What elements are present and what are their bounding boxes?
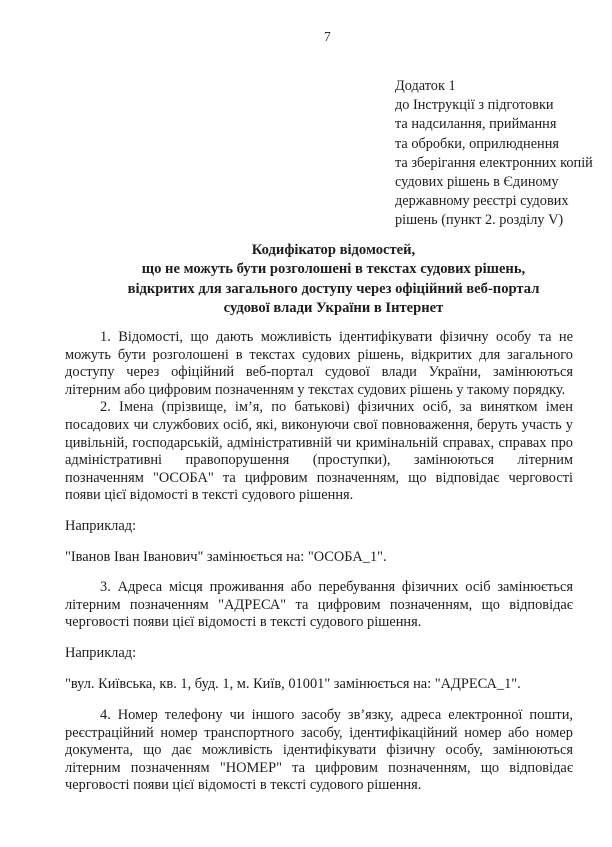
appendix-line: державному реєстрі судових	[395, 192, 605, 211]
document-page: 7 Додаток 1 до Інструкції з підготовки т…	[0, 0, 612, 847]
example-label: Наприклад:	[65, 645, 573, 663]
document-title-line: судової влади України в Інтернет	[88, 299, 579, 318]
paragraph-1-identifying-info: 1. Відомості, що дають можливість іденти…	[65, 329, 573, 399]
document-title-line: Кодифікатор відомостей,	[88, 241, 579, 260]
paragraph-3-address-adresa: 3. Адреса місця проживання або перебуван…	[65, 579, 573, 632]
document-body: 1. Відомості, що дають можливість іденти…	[65, 329, 573, 795]
appendix-reference-block: Додаток 1 до Інструкції з підготовки та …	[395, 77, 605, 231]
appendix-line: та надсилання, приймання	[395, 115, 605, 134]
example-label: Наприклад:	[65, 518, 573, 536]
appendix-line: до Інструкції з підготовки	[395, 96, 605, 115]
appendix-line: та обробки, оприлюднення	[395, 135, 605, 154]
document-title-line: відкритих для загального доступу через о…	[88, 280, 579, 299]
appendix-line: Додаток 1	[395, 77, 605, 96]
example-osoba: "Іванов Іван Іванович" замінюється на: "…	[65, 549, 573, 567]
document-title-line: що не можуть бути розголошені в текстах …	[88, 260, 579, 279]
paragraph-2-names-osoba: 2. Імена (прізвище, ім’я, по батькові) ф…	[65, 399, 573, 505]
example-adresa: "вул. Київська, кв. 1, буд. 1, м. Київ, …	[65, 676, 573, 694]
appendix-line: та зберігання електронних копій	[395, 154, 605, 173]
appendix-line: рішень (пункт 2. розділу V)	[395, 211, 605, 230]
page-number: 7	[324, 29, 331, 45]
paragraph-4-numbers-nomer: 4. Номер телефону чи іншого засобу зв’яз…	[65, 707, 573, 795]
document-title: Кодифікатор відомостей, що не можуть бут…	[88, 241, 579, 319]
appendix-line: судових рішень в Єдиному	[395, 173, 605, 192]
